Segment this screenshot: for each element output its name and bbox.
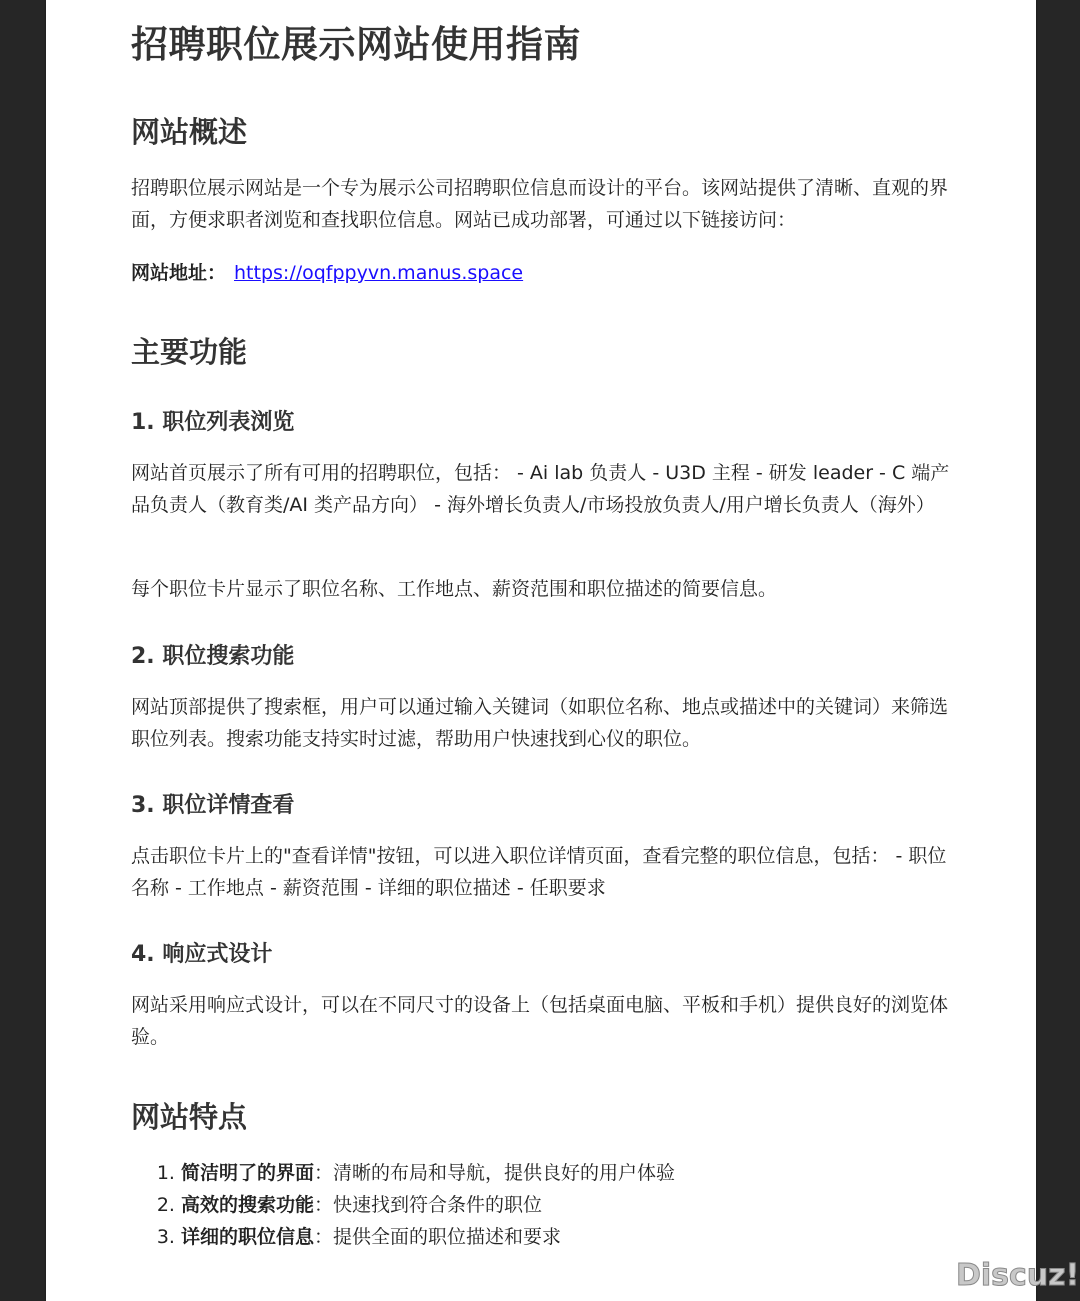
highlight-term: 详细的职位信息 <box>181 1226 314 1248</box>
highlight-item: 高效的搜索功能：快速找到符合条件的职位 <box>181 1189 675 1221</box>
highlight-separator: ： <box>314 1226 333 1248</box>
feature-details-paragraph: 点击职位卡片上的"查看详情"按钮，可以进入职位详情页面，查看完整的职位信息，包括… <box>131 840 956 904</box>
highlight-desc: 快速找到符合条件的职位 <box>333 1194 542 1216</box>
highlight-desc: 提供全面的职位描述和要求 <box>333 1226 561 1248</box>
highlight-item: 详细的职位信息：提供全面的职位描述和要求 <box>181 1221 675 1253</box>
highlight-separator: ： <box>314 1162 333 1184</box>
page-title: 招聘职位展示网站使用指南 <box>131 14 581 68</box>
highlight-term: 高效的搜索功能 <box>181 1194 314 1216</box>
highlight-item: 简洁明了的界面：清晰的布局和导航，提供良好的用户体验 <box>181 1157 675 1189</box>
section-heading-overview: 网站概述 <box>131 110 247 151</box>
highlight-desc: 清晰的布局和导航，提供良好的用户体验 <box>333 1162 675 1184</box>
feature-list-paragraph-2: 每个职位卡片显示了职位名称、工作地点、薪资范围和职位描述的简要信息。 <box>131 573 956 605</box>
document-page: 招聘职位展示网站使用指南 网站概述 招聘职位展示网站是一个专为展示公司招聘职位信… <box>46 0 1036 1301</box>
website-url-link[interactable]: https://oqfppyvn.manus.space <box>234 262 523 284</box>
section-heading-features: 主要功能 <box>131 330 247 371</box>
website-url-line: 网站地址：https://oqfppyvn.manus.space <box>131 257 956 289</box>
highlight-separator: ： <box>314 1194 333 1216</box>
feature-heading-responsive: 4. 响应式设计 <box>131 937 272 968</box>
feature-heading-search: 2. 职位搜索功能 <box>131 639 294 670</box>
highlights-list: 简洁明了的界面：清晰的布局和导航，提供良好的用户体验 高效的搜索功能：快速找到符… <box>131 1157 675 1253</box>
overview-paragraph: 招聘职位展示网站是一个专为展示公司招聘职位信息而设计的平台。该网站提供了清晰、直… <box>131 172 956 236</box>
website-url-label: 网站地址： <box>131 262 226 284</box>
feature-responsive-paragraph: 网站采用响应式设计，可以在不同尺寸的设备上（包括桌面电脑、平板和手机）提供良好的… <box>131 989 956 1053</box>
feature-heading-list: 1. 职位列表浏览 <box>131 405 294 436</box>
feature-list-paragraph-1: 网站首页展示了所有可用的招聘职位，包括： - Ai lab 负责人 - U3D … <box>131 457 956 521</box>
feature-heading-details: 3. 职位详情查看 <box>131 788 294 819</box>
section-heading-highlights: 网站特点 <box>131 1095 247 1136</box>
feature-search-paragraph: 网站顶部提供了搜索框，用户可以通过输入关键词（如职位名称、地点或描述中的关键词）… <box>131 691 956 755</box>
highlight-term: 简洁明了的界面 <box>181 1162 314 1184</box>
discuz-watermark: Discuz! <box>956 1258 1079 1293</box>
